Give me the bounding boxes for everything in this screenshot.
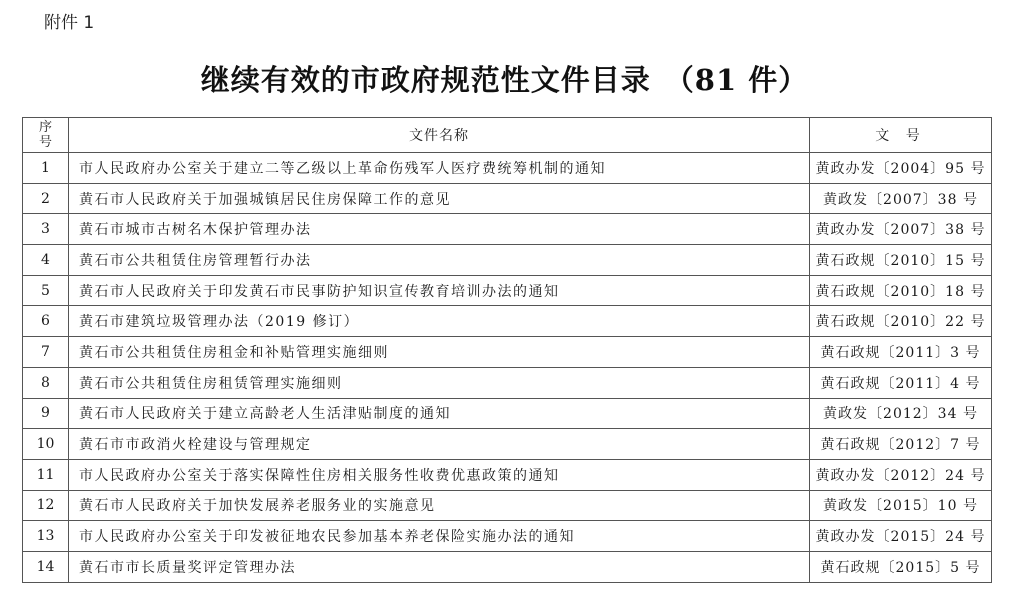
row-name: 市人民政府办公室关于印发被征地农民参加基本养老保险实施办法的通知: [69, 521, 810, 552]
table-row: 12黄石市人民政府关于加快发展养老服务业的实施意见黄政发〔2015〕10 号: [23, 490, 992, 521]
table-row: 4黄石市公共租赁住房管理暂行办法黄石政规〔2010〕15 号: [23, 245, 992, 276]
table-row: 10黄石市市政消火栓建设与管理规定黄石政规〔2012〕7 号: [23, 429, 992, 460]
row-name: 黄石市市政消火栓建设与管理规定: [69, 429, 810, 460]
header-name: 文件名称: [69, 118, 810, 153]
header-seq: 序 号: [23, 118, 69, 153]
title-count: （81 件）: [665, 63, 808, 97]
row-doc-no: 黄政办发〔2012〕24 号: [810, 459, 992, 490]
table-row: 13市人民政府办公室关于印发被征地农民参加基本养老保险实施办法的通知黄政办发〔2…: [23, 521, 992, 552]
table-row: 8黄石市公共租赁住房租赁管理实施细则黄石政规〔2011〕4 号: [23, 367, 992, 398]
document-catalog-table: 序 号 文件名称 文 号 1市人民政府办公室关于建立二等乙级以上革命伤残军人医疗…: [22, 117, 992, 583]
table-row: 9黄石市人民政府关于建立高龄老人生活津贴制度的通知黄政发〔2012〕34 号: [23, 398, 992, 429]
table-header-row: 序 号 文件名称 文 号: [23, 118, 992, 153]
row-name: 黄石市人民政府关于加强城镇居民住房保障工作的意见: [69, 183, 810, 214]
row-name: 黄石市建筑垃圾管理办法（2019 修订）: [69, 306, 810, 337]
row-seq: 2: [23, 183, 69, 214]
row-doc-no: 黄石政规〔2011〕4 号: [810, 367, 992, 398]
row-doc-no: 黄石政规〔2010〕22 号: [810, 306, 992, 337]
row-name: 黄石市人民政府关于印发黄石市民事防护知识宣传教育培训办法的通知: [69, 275, 810, 306]
row-seq: 11: [23, 459, 69, 490]
row-seq: 9: [23, 398, 69, 429]
row-name: 市人民政府办公室关于落实保障性住房相关服务性收费优惠政策的通知: [69, 459, 810, 490]
table-row: 5黄石市人民政府关于印发黄石市民事防护知识宣传教育培训办法的通知黄石政规〔201…: [23, 275, 992, 306]
table-row: 1市人民政府办公室关于建立二等乙级以上革命伤残军人医疗费统筹机制的通知黄政办发〔…: [23, 153, 992, 184]
row-name: 黄石市人民政府关于加快发展养老服务业的实施意见: [69, 490, 810, 521]
row-doc-no: 黄政办发〔2015〕24 号: [810, 521, 992, 552]
table-row: 7黄石市公共租赁住房租金和补贴管理实施细则黄石政规〔2011〕3 号: [23, 337, 992, 368]
row-doc-no: 黄石政规〔2012〕7 号: [810, 429, 992, 460]
page-title: 继续有效的市政府规范性文件目录（81 件）: [0, 58, 1009, 99]
row-doc-no: 黄政办发〔2007〕38 号: [810, 214, 992, 245]
row-seq: 10: [23, 429, 69, 460]
row-seq: 12: [23, 490, 69, 521]
row-doc-no: 黄石政规〔2010〕15 号: [810, 245, 992, 276]
table-row: 2黄石市人民政府关于加强城镇居民住房保障工作的意见黄政发〔2007〕38 号: [23, 183, 992, 214]
row-doc-no: 黄政发〔2012〕34 号: [810, 398, 992, 429]
row-name: 黄石市公共租赁住房租金和补贴管理实施细则: [69, 337, 810, 368]
row-name: 市人民政府办公室关于建立二等乙级以上革命伤残军人医疗费统筹机制的通知: [69, 153, 810, 184]
row-seq: 6: [23, 306, 69, 337]
table-row: 14黄石市市长质量奖评定管理办法黄石政规〔2015〕5 号: [23, 551, 992, 582]
row-seq: 8: [23, 367, 69, 398]
row-doc-no: 黄政发〔2015〕10 号: [810, 490, 992, 521]
header-doc-no: 文 号: [810, 118, 992, 153]
row-seq: 13: [23, 521, 69, 552]
row-name: 黄石市城市古树名木保护管理办法: [69, 214, 810, 245]
row-doc-no: 黄政发〔2007〕38 号: [810, 183, 992, 214]
row-doc-no: 黄石政规〔2015〕5 号: [810, 551, 992, 582]
row-name: 黄石市市长质量奖评定管理办法: [69, 551, 810, 582]
table-row: 3黄石市城市古树名木保护管理办法黄政办发〔2007〕38 号: [23, 214, 992, 245]
row-seq: 3: [23, 214, 69, 245]
row-name: 黄石市公共租赁住房管理暂行办法: [69, 245, 810, 276]
row-seq: 5: [23, 275, 69, 306]
row-name: 黄石市公共租赁住房租赁管理实施细则: [69, 367, 810, 398]
row-seq: 14: [23, 551, 69, 582]
row-name: 黄石市人民政府关于建立高龄老人生活津贴制度的通知: [69, 398, 810, 429]
title-main: 继续有效的市政府规范性文件目录: [201, 63, 651, 97]
row-seq: 1: [23, 153, 69, 184]
attachment-label: 附件 1: [44, 8, 94, 33]
row-seq: 7: [23, 337, 69, 368]
row-doc-no: 黄石政规〔2011〕3 号: [810, 337, 992, 368]
table-row: 6黄石市建筑垃圾管理办法（2019 修订）黄石政规〔2010〕22 号: [23, 306, 992, 337]
table-row: 11市人民政府办公室关于落实保障性住房相关服务性收费优惠政策的通知黄政办发〔20…: [23, 459, 992, 490]
row-doc-no: 黄石政规〔2010〕18 号: [810, 275, 992, 306]
row-doc-no: 黄政办发〔2004〕95 号: [810, 153, 992, 184]
row-seq: 4: [23, 245, 69, 276]
